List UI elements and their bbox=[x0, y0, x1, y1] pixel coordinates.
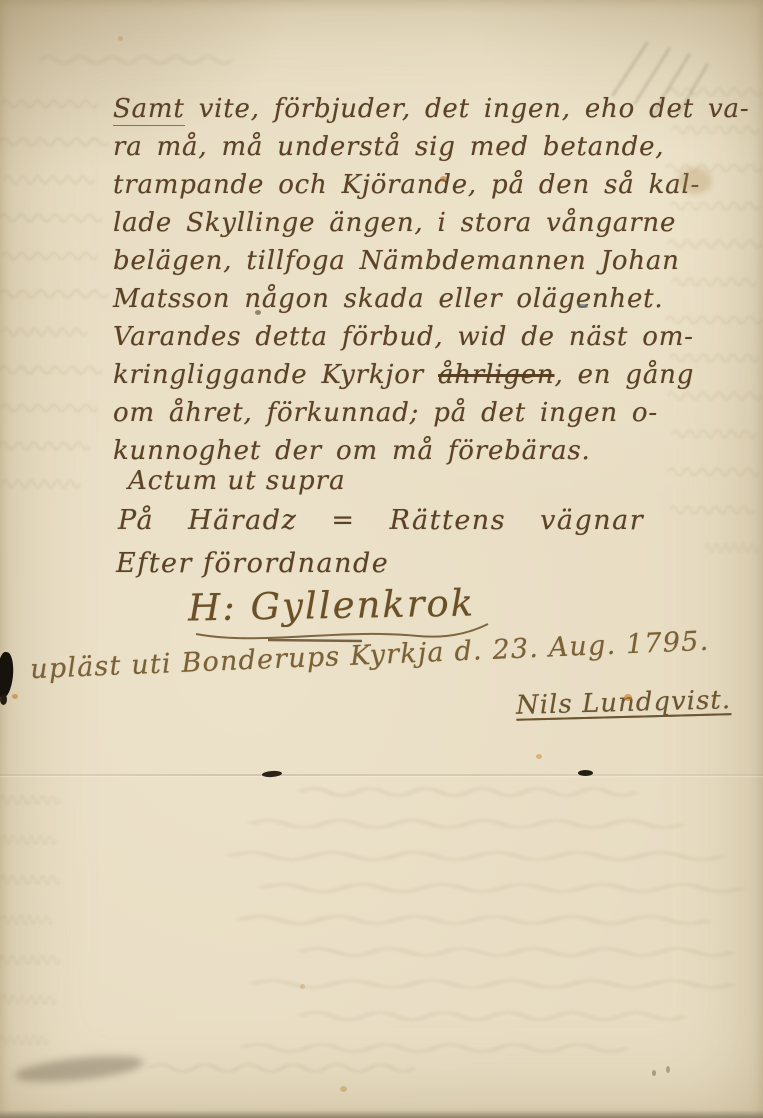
manuscript-line: kringliggande Kyrkjor åhrligen, en gång bbox=[113, 360, 694, 390]
fold-ink-mark bbox=[262, 770, 282, 777]
scan-bottom-edge bbox=[0, 1110, 763, 1118]
manuscript-line: lade Skyllinge ängen, i stora vångarne bbox=[113, 208, 676, 238]
pencil-smudge bbox=[13, 1051, 145, 1086]
foxing-spot bbox=[118, 36, 123, 41]
ink-blot bbox=[0, 651, 15, 698]
manuscript-line: belägen, tillfoga Nämbdemannen Johan bbox=[113, 246, 680, 276]
on-behalf-line: På Häradz = Rättens vägnar bbox=[118, 505, 644, 536]
foxing-spot bbox=[300, 984, 305, 989]
ink-speck bbox=[666, 1066, 670, 1073]
attestation-line: upläst uti Bonderups Kyrkja d. 23. Aug. … bbox=[30, 626, 710, 685]
manuscript-line: ra må, må understå sig med betande, bbox=[113, 132, 664, 162]
ink-blot-small bbox=[0, 694, 7, 705]
manuscript-line: kunnoghet der om må förebäras. bbox=[113, 436, 591, 466]
foxing-spot bbox=[12, 694, 18, 699]
fold-crease bbox=[0, 774, 763, 776]
actum-line: Actum ut supra bbox=[128, 466, 346, 496]
foxing-spot bbox=[536, 754, 542, 759]
foxing-spot bbox=[340, 1086, 347, 1092]
manuscript-line: om åhret, förkunnad; på det ingen o- bbox=[113, 398, 658, 428]
manuscript-line: trampande och Kjörande, på den så kal- bbox=[113, 170, 700, 200]
manuscript-line: Matsson någon skada eller olägenhet. bbox=[113, 284, 663, 314]
manuscript-line: Samt vite, förbjuder, det ingen, eho det… bbox=[113, 94, 749, 124]
manuscript-line: Varandes detta förbud, wid de näst om- bbox=[113, 322, 694, 352]
signature-gyllenkrok: H: Gyllenkrok bbox=[188, 581, 476, 629]
fold-ink-mark bbox=[578, 770, 593, 776]
signature-lundqvist: Nils Lundqvist. bbox=[516, 685, 732, 721]
ink-speck bbox=[652, 1070, 656, 1076]
manuscript-page: Samt vite, förbjuder, det ingen, eho det… bbox=[0, 0, 763, 1118]
by-order-line: Efter förordnande bbox=[116, 548, 389, 579]
